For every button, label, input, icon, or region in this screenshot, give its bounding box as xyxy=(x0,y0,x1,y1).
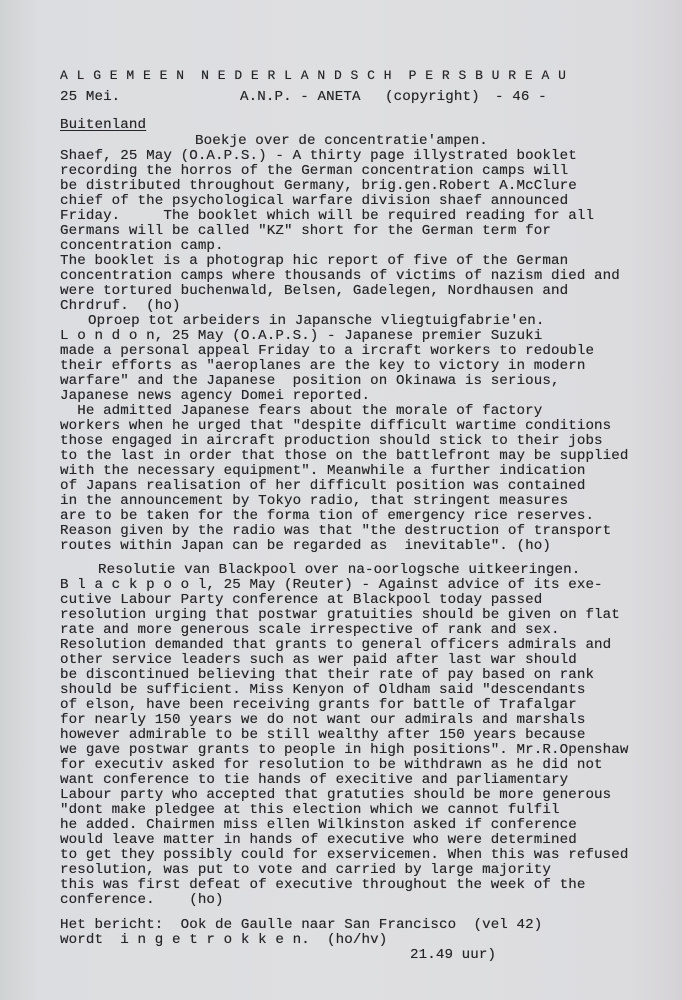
article-line: be discontinued believing that their rat… xyxy=(60,668,594,683)
article-title: Resolutie van Blackpool over na-oorlogsc… xyxy=(98,563,580,578)
article-line: Chrdruf. (ho) xyxy=(60,299,181,314)
article-line: concentration camp. xyxy=(60,239,224,254)
article-line: He admitted Japanese fears about the mor… xyxy=(60,404,542,419)
article-line: L o n d o n, 25 May (O.A.P.S.) - Japanes… xyxy=(60,329,542,344)
dateline-date: 25 Mei. xyxy=(60,90,120,105)
article-line: Germans will be called "KZ" short for th… xyxy=(60,224,551,239)
article-line: of Japans realisation of her difficult p… xyxy=(60,479,585,494)
article-line: for nearly 150 years we do not want our … xyxy=(60,713,585,728)
article-title: Boekje over de concentratie'ampen. xyxy=(195,134,488,149)
article-line: The booklet is a photograp hic report of… xyxy=(60,254,568,269)
footer-notice: Het bericht: Ook de Gaulle naar San Fran… xyxy=(60,918,542,933)
article-line: were tortured buchenwald, Belsen, Gadele… xyxy=(60,284,568,299)
article-line: chief of the psychological warfare divis… xyxy=(60,194,568,209)
article-line: warfare" and the Japanese position on Ok… xyxy=(60,374,560,389)
article-line: resolution, was put to vote and carried … xyxy=(60,863,551,878)
article-line: workers when he urged that "despite diff… xyxy=(60,419,611,434)
article-line: their efforts as "aeroplanes are the key… xyxy=(60,359,585,374)
article-line: rate and more generous scale irrespectiv… xyxy=(60,623,560,638)
article-line: concentration camps where thousands of v… xyxy=(60,269,620,284)
article-line: cutive Labour Party conference at Blackp… xyxy=(60,593,542,608)
article-line: with the necessary equipment". Meanwhile… xyxy=(60,464,585,479)
article-line: we gave postwar grants to people in high… xyxy=(60,743,629,758)
article-line: routes within Japan can be regarded as i… xyxy=(60,539,551,554)
agency-header: A L G E M E E N N E D E R L A N D S C H … xyxy=(60,68,566,83)
article-line: other service leaders such as wer paid a… xyxy=(60,653,577,668)
article-line: Japanese news agency Domei reported. xyxy=(60,389,370,404)
article-line: to the last in order that those on the b… xyxy=(60,449,629,464)
article-line: however admirable to be still wealthy af… xyxy=(60,728,585,743)
article-line: are to be taken for the forma tion of em… xyxy=(60,509,594,524)
article-line: Labour party who accepted that gratuties… xyxy=(60,788,611,803)
article-line: B l a c k p o o l, 25 May (Reuter) - Aga… xyxy=(60,578,603,593)
article-line: resolution urging that postwar gratuitie… xyxy=(60,608,620,623)
dateline-source: A.N.P. - ANETA xyxy=(240,90,361,105)
article-line: should be sufficient. Miss Kenyon of Old… xyxy=(60,683,585,698)
article-line: recording the horros of the German conce… xyxy=(60,164,568,179)
article-line: want conference to tie hands of execitiv… xyxy=(60,773,568,788)
article-line: to get they possibly could for exservice… xyxy=(60,848,629,863)
article-line: in the announcement by Tokyo radio, that… xyxy=(60,494,568,509)
article-line: would leave matter in hands of executive… xyxy=(60,833,577,848)
article-line: of elson, have been receiving grants for… xyxy=(60,698,577,713)
footer-time: 21.49 uur) xyxy=(410,948,496,963)
document-page: A L G E M E E N N E D E R L A N D S C H … xyxy=(0,0,682,1000)
article-line: those engaged in aircraft production sho… xyxy=(60,434,603,449)
article-line: this was first defeat of executive throu… xyxy=(60,878,585,893)
article-line: made a personal appeal Friday to a ircra… xyxy=(60,344,594,359)
article-line: conference. (ho) xyxy=(60,893,224,908)
article-line: Resolution demanded that grants to gener… xyxy=(60,638,611,653)
footer-withdrawn: wordt i n g e t r o k k e n. (ho/hv) xyxy=(60,933,387,948)
article-line: Reason given by the radio was that "the … xyxy=(60,524,611,539)
article-line: Shaef, 25 May (O.A.P.S.) - A thirty page… xyxy=(60,149,577,164)
dateline-copyright: (copyright) xyxy=(385,90,480,105)
section-label: Buitenland xyxy=(60,118,146,133)
article-line: he added. Chairmen miss ellen Wilkinston… xyxy=(60,818,577,833)
article-line: "dont make pledgee at this election whic… xyxy=(60,803,560,818)
article-line: Friday. The booklet which will be requir… xyxy=(60,209,594,224)
article-title: Oproep tot arbeiders in Japansche vliegt… xyxy=(88,314,545,329)
article-line: for executiv asked for resolution to be … xyxy=(60,758,603,773)
page-number: - 46 - xyxy=(495,90,547,105)
article-line: be distributed throughout Germany, brig.… xyxy=(60,179,577,194)
